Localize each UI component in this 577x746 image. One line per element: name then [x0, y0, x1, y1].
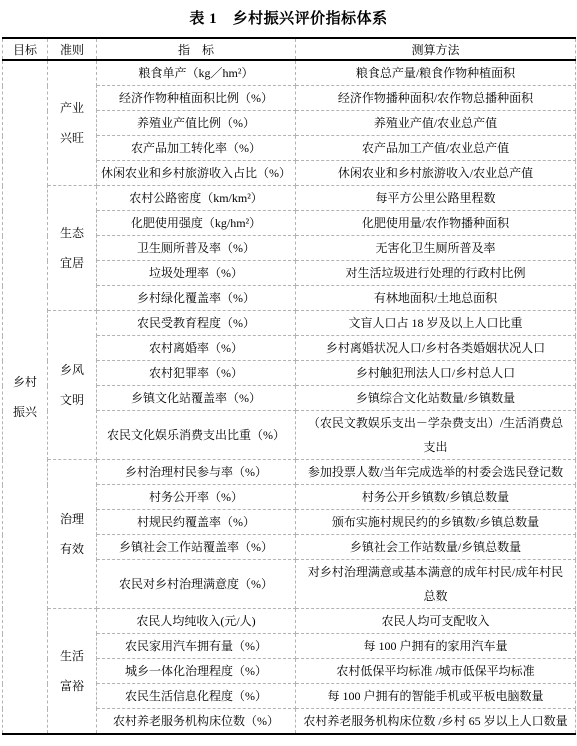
method-cell: 农民人均可支配收入: [296, 609, 576, 634]
criterion-cell: 治理有效: [48, 460, 97, 609]
indicator-cell: 农民受教育程度（%）: [97, 311, 296, 336]
method-cell: 文盲人口占 18 岁及以上人口比重: [296, 311, 576, 336]
indicator-cell: 农产品加工转化率（%）: [97, 136, 296, 161]
indicator-cell: 休闲农业和乡村旅游收入占比（%）: [97, 161, 296, 186]
header-row: 目标 准则 指 标 测算方法: [3, 38, 576, 60]
table-row: 乡风文明农民受教育程度（%）文盲人口占 18 岁及以上人口比重: [3, 311, 576, 336]
indicator-header: 指 标: [97, 38, 296, 60]
indicator-cell: 乡镇社会工作站覆盖率（%）: [97, 535, 296, 560]
indicator-cell: 村规民约覆盖率（%）: [97, 510, 296, 535]
indicator-cell: 乡镇文化站覆盖率（%）: [97, 386, 296, 411]
indicator-cell: 乡村治理村民参与率（%）: [97, 460, 296, 485]
method-cell: 乡镇综合文化站数量/乡镇数量: [296, 386, 576, 411]
indicator-cell: 养殖业产值比例（%）: [97, 111, 296, 136]
goal-header: 目标: [3, 38, 48, 60]
indicator-cell: 农民家用汽车拥有量（%）: [97, 634, 296, 659]
indicator-cell: 农民人均纯收入(元/人): [97, 609, 296, 634]
indicator-cell: 城乡一体化治理程度（%）: [97, 659, 296, 684]
table-header: 目标 准则 指 标 测算方法: [3, 38, 576, 60]
method-cell: 乡村触犯刑法人口/乡村总人口: [296, 361, 576, 386]
table-title: 表 1 乡村振兴评价指标体系: [0, 0, 577, 37]
criterion-cell: 生活富裕: [48, 609, 97, 735]
table-row: 治理有效乡村治理村民参与率（%）参加投票人数/当年完成选举的村委会选民登记数: [3, 460, 576, 485]
indicator-cell: 乡村绿化覆盖率（%）: [97, 286, 296, 311]
indicator-cell: 垃圾处理率（%）: [97, 261, 296, 286]
method-cell: 每平方公里公路里程数: [296, 186, 576, 211]
criterion-header: 准则: [48, 38, 97, 60]
method-cell: 村务公开乡镇数/乡镇总数量: [296, 485, 576, 510]
indicator-cell: 卫生厕所普及率（%）: [97, 236, 296, 261]
method-cell: （农民文教娱乐支出－学杂费支出）/生活消费总支出: [296, 411, 576, 460]
criterion-cell: 生态宜居: [48, 186, 97, 311]
method-cell: 每 100 户拥有的智能手机或平板电脑数量: [296, 684, 576, 709]
method-cell: 化肥使用量/农作物播种面积: [296, 211, 576, 236]
indicator-cell: 农民对乡村治理满意度（%）: [97, 560, 296, 609]
goal-cell: 乡村振兴: [3, 60, 48, 734]
method-cell: 每 100 户拥有的家用汽车量: [296, 634, 576, 659]
method-cell: 对乡村治理满意或基本满意的成年村民/成年村民总数: [296, 560, 576, 609]
indicator-cell: 农村养老服务机构床位数（%）: [97, 709, 296, 735]
indicator-cell: 农民生活信息化程度（%）: [97, 684, 296, 709]
page: 表 1 乡村振兴评价指标体系 目标 准则 指 标 测算方法 乡村振兴产业兴旺粮食…: [0, 0, 577, 746]
indicator-cell: 农村离婚率（%）: [97, 336, 296, 361]
indicator-cell: 化肥使用强度（kg/hm²）: [97, 211, 296, 236]
method-cell: 无害化卫生厕所普及率: [296, 236, 576, 261]
method-cell: 农村养老服务机构床位数 /乡村 65 岁以上人口数量: [296, 709, 576, 735]
method-cell: 粮食总产量/粮食作物种植面积: [296, 60, 576, 86]
method-cell: 乡镇社会工作站数量/乡镇总数量: [296, 535, 576, 560]
method-cell: 参加投票人数/当年完成选举的村委会选民登记数: [296, 460, 576, 485]
indicator-cell: 粮食单产（kg／hm²）: [97, 60, 296, 86]
method-cell: 养殖业产值/农业总产值: [296, 111, 576, 136]
method-header: 测算方法: [296, 38, 576, 60]
table-body: 乡村振兴产业兴旺粮食单产（kg／hm²）粮食总产量/粮食作物种植面积经济作物种植…: [3, 60, 576, 734]
table-row: 生态宜居农村公路密度（km/km²）每平方公里公路里程数: [3, 186, 576, 211]
method-cell: 有林地面积/土地总面积: [296, 286, 576, 311]
method-cell: 休闲农业和乡村旅游收入/农业总产值: [296, 161, 576, 186]
table-row: 乡村振兴产业兴旺粮食单产（kg／hm²）粮食总产量/粮食作物种植面积: [3, 60, 576, 86]
method-cell: 颁布实施村规民约的乡镇数/乡镇总数量: [296, 510, 576, 535]
indicator-cell: 村务公开率（%）: [97, 485, 296, 510]
indicator-cell: 农村公路密度（km/km²）: [97, 186, 296, 211]
criterion-cell: 产业兴旺: [48, 60, 97, 186]
table-row: 生活富裕农民人均纯收入(元/人)农民人均可支配收入: [3, 609, 576, 634]
method-cell: 农村低保平均标准 /城市低保平均标准: [296, 659, 576, 684]
indicator-cell: 农村犯罪率（%）: [97, 361, 296, 386]
method-cell: 对生活垃圾进行处理的行政村比例: [296, 261, 576, 286]
criterion-cell: 乡风文明: [48, 311, 97, 460]
indicator-cell: 农民文化娱乐消费支出比重（%）: [97, 411, 296, 460]
method-cell: 经济作物播种面积/农作物总播种面积: [296, 86, 576, 111]
indicator-cell: 经济作物种植面积比例（%）: [97, 86, 296, 111]
evaluation-index-table: 目标 准则 指 标 测算方法 乡村振兴产业兴旺粮食单产（kg／hm²）粮食总产量…: [2, 37, 576, 735]
method-cell: 农产品加工产值/农业总产值: [296, 136, 576, 161]
method-cell: 乡村离婚状况人口/乡村各类婚姻状况人口: [296, 336, 576, 361]
